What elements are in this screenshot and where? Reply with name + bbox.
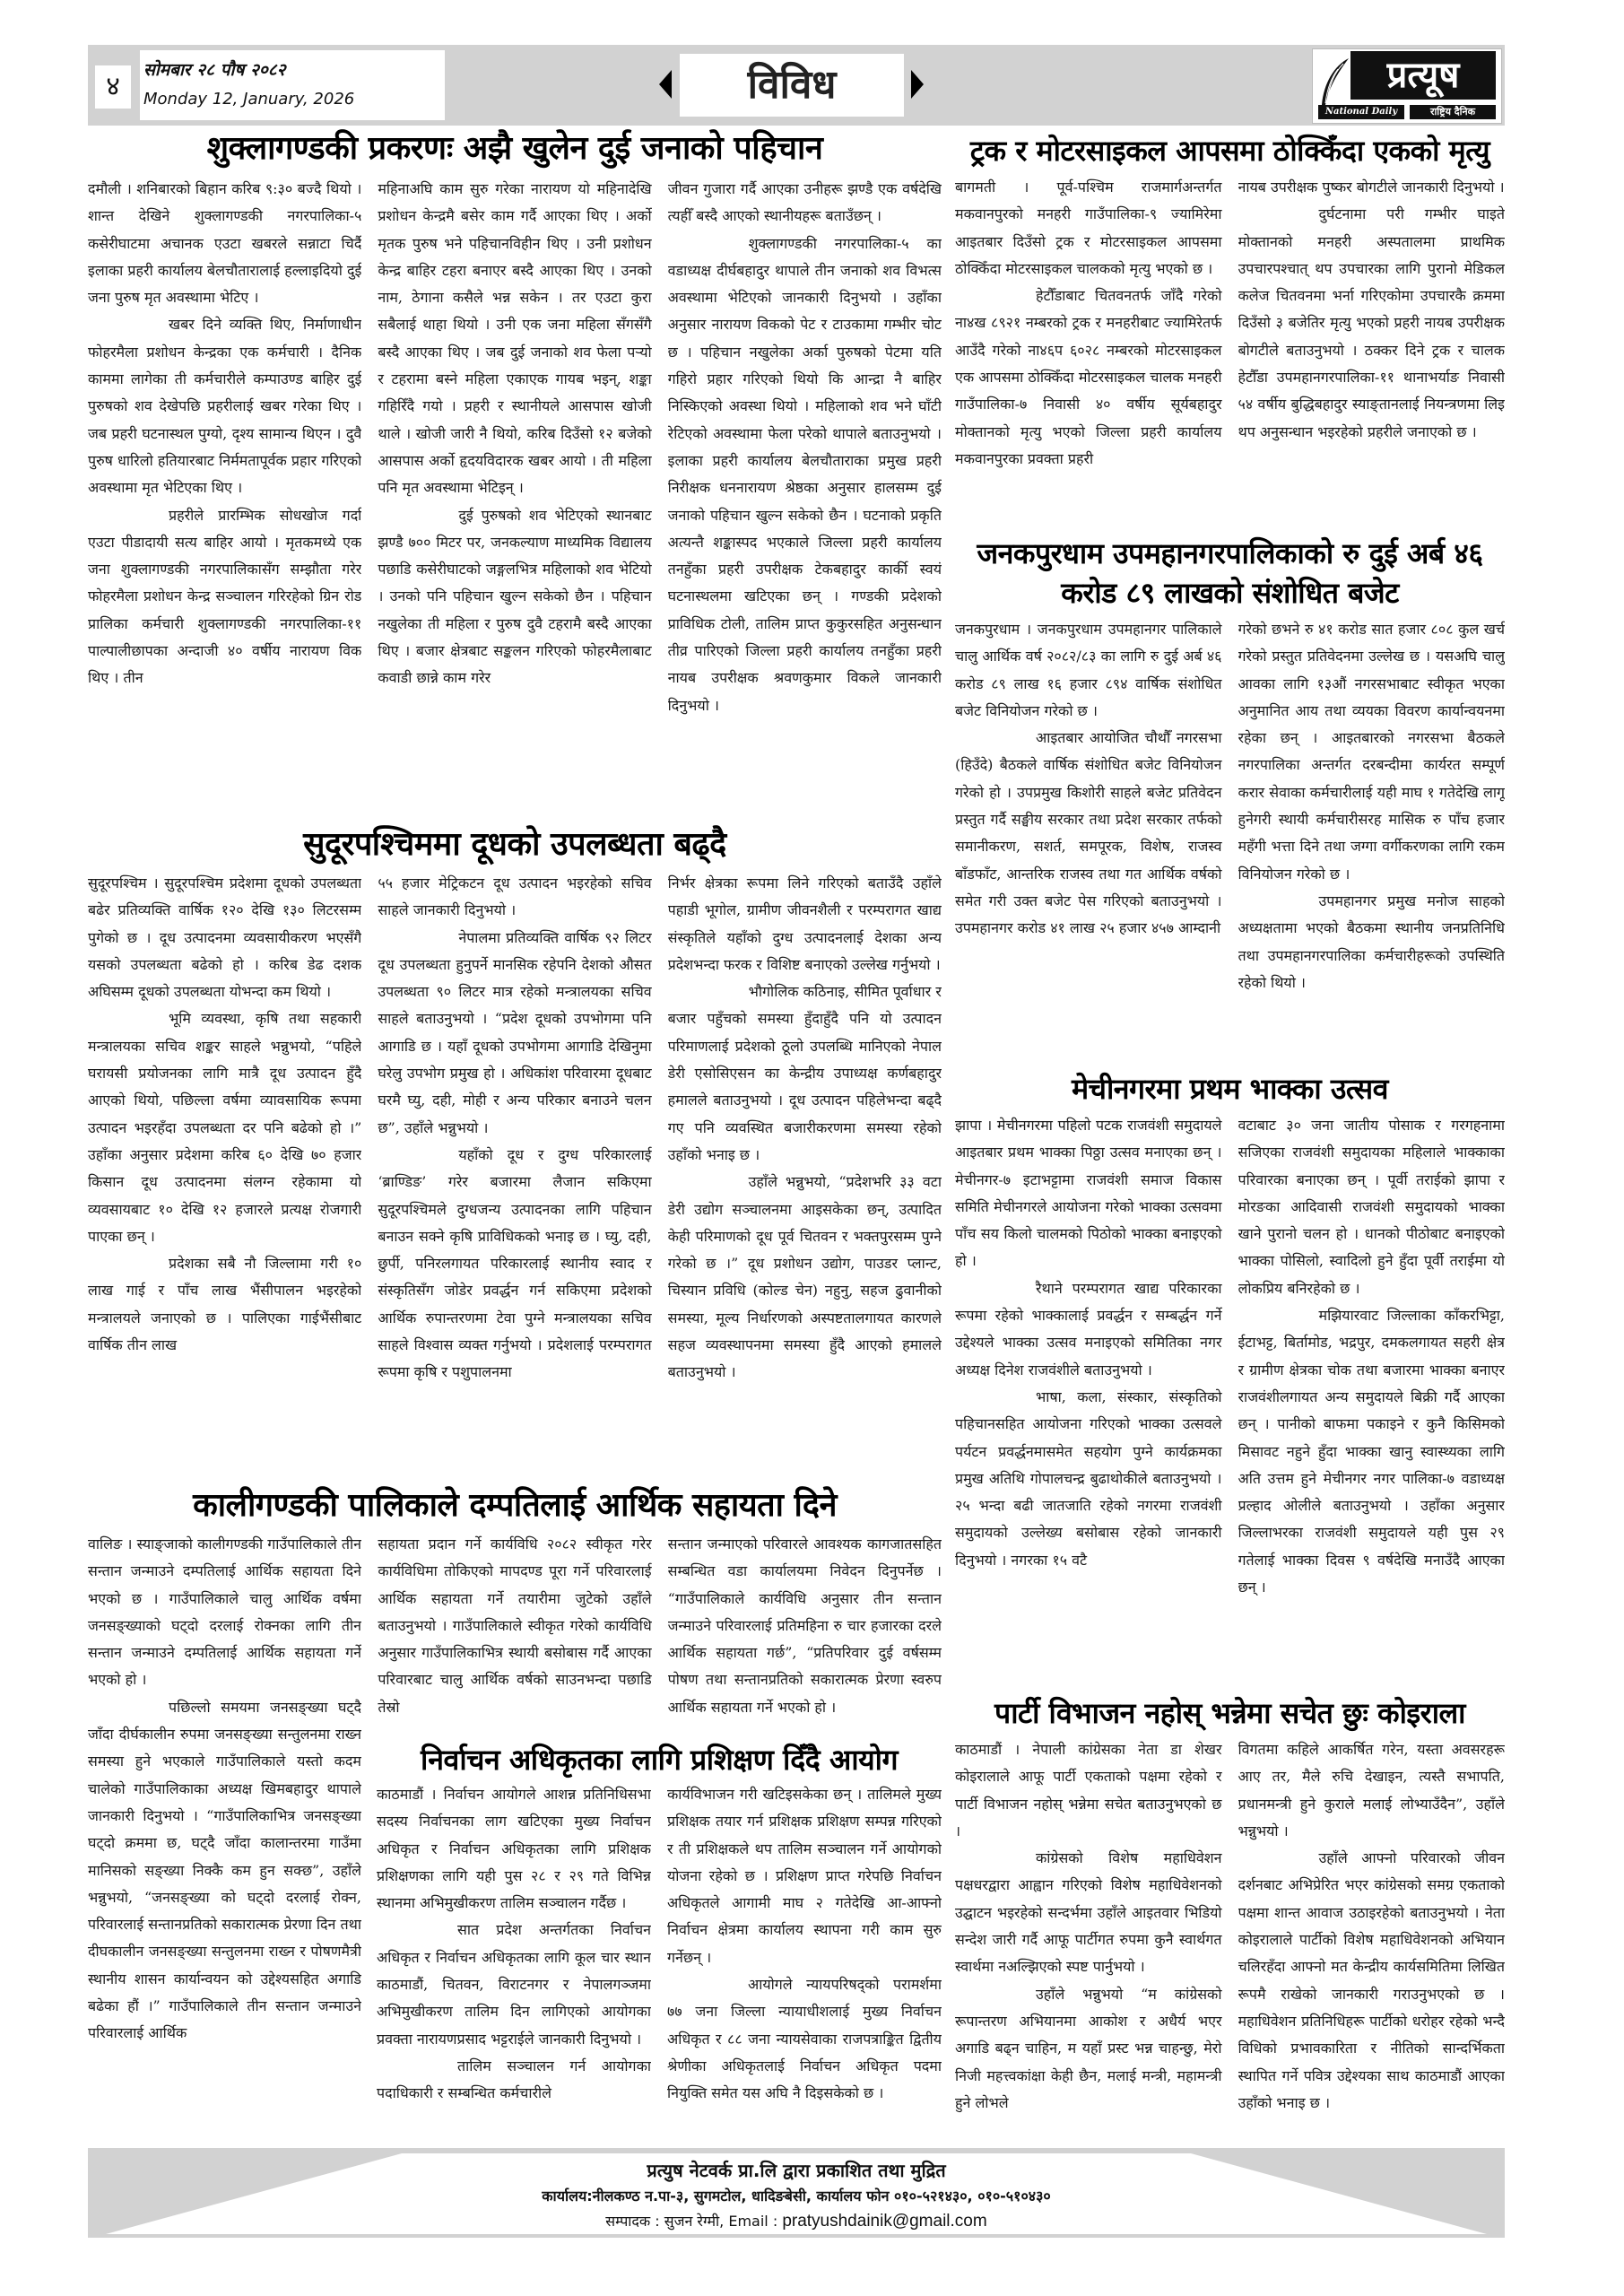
date-english: Monday 12, January, 2026 bbox=[143, 90, 354, 109]
article-election-training: निर्वाचन अधिकृतका लागि प्रशिक्षण दिँदै आ… bbox=[377, 1740, 942, 2148]
paragraph: दमौली । शनिबारको बिहान करिब ९:३० बज्दै थ… bbox=[88, 176, 361, 311]
article-column: झापा । मेचीनगरमा पहिलो पटक राजवंशी समुदा… bbox=[955, 1112, 1222, 1686]
paragraph: प्रहरीले प्रारम्भिक सोधखोज गर्दा एउटा पी… bbox=[88, 502, 361, 692]
logo-tagline-english: National Daily bbox=[1318, 105, 1404, 119]
paragraph: सहायता प्रदान गर्ने कार्यविधि २०८२ स्वीक… bbox=[378, 1531, 651, 1721]
article-column: बागमती । पूर्व-पश्चिम राजमार्गअन्तर्गत म… bbox=[955, 174, 1222, 582]
headline: सुदूरपश्चिममा दूधको उपलब्धता बढ्दै bbox=[88, 823, 942, 866]
paragraph: उपमहानगर प्रमुख मनोज साहको अध्यक्षतामा भ… bbox=[1238, 888, 1506, 996]
paragraph: वटाबाट ३० जना जातीय पोसाक र गरगहनामा सजि… bbox=[1238, 1112, 1506, 1302]
paragraph: महिनाअघि काम सुरु गरेका नारायण यो महिनाद… bbox=[378, 176, 651, 502]
paragraph: उहाँले आफ्नो परिवारको जीवन दर्शनबाट अभिप… bbox=[1238, 1845, 1506, 2117]
headline: निर्वाचन अधिकृतका लागि प्रशिक्षण दिँदै आ… bbox=[377, 1740, 942, 1779]
paragraph: नायब उपरीक्षक पुष्कर बोगटीले जानकारी दिन… bbox=[1238, 174, 1506, 201]
paragraph: ५५ हजार मेट्रिकटन दूध उत्पादन भइरहेको सच… bbox=[378, 870, 651, 925]
footer: प्रत्युष नेटवर्क प्रा.लि द्वारा प्रकाशित… bbox=[88, 2148, 1505, 2238]
article-dairy: सुदूरपश्चिममा दूधको उपलब्धता बढ्दै सुदूर… bbox=[88, 823, 942, 1483]
paragraph: खबर दिने व्यक्ति थिए, निर्माणाधीन फोहरमै… bbox=[88, 311, 361, 501]
paragraph: जीवन गुजारा गर्दै आएका उनीहरू झण्डै एक व… bbox=[668, 176, 942, 230]
article-column: जनकपुरधाम । जनकपुरधाम उपमहानगर पालिकाले … bbox=[955, 616, 1222, 1051]
article-mechinagar: मेचीनगरमा प्रथम भाक्का उत्सव झापा । मेची… bbox=[955, 1069, 1505, 1688]
paragraph: विगतमा कहिले आकर्षित गरेन, यस्ता अवसरहरू… bbox=[1238, 1736, 1506, 1845]
paragraph: नेपालमा प्रतिव्यक्ति वार्षिक ९२ लिटर दूध… bbox=[378, 925, 651, 1142]
paragraph: सन्तान जन्माएको परिवारले आवश्यक कागजातसह… bbox=[668, 1531, 942, 1721]
article-column: वटाबाट ३० जना जातीय पोसाक र गरगहनामा सजि… bbox=[1238, 1112, 1506, 1686]
section-title-box: विविध bbox=[680, 54, 904, 117]
article-janakpur-budget: जनकपुरधाम उपमहानगरपालिकाको रु दुई अर्ब ४… bbox=[955, 534, 1505, 1063]
paragraph: झापा । मेचीनगरमा पहिलो पटक राजवंशी समुदा… bbox=[955, 1112, 1222, 1275]
paragraph: पछिल्लो समयमा जनसङ्ख्या घट्दै जाँदा दीर्… bbox=[88, 1694, 361, 2048]
newspaper-page: ४ सोमबार २८ पौष २०८२ Monday 12, January,… bbox=[88, 45, 1505, 2242]
article-column: काठमाडौं । नेपाली कांग्रेसका नेता डा शेख… bbox=[955, 1736, 1222, 2144]
article-column: जीवन गुजारा गर्दै आएका उनीहरू झण्डै एक व… bbox=[668, 176, 942, 814]
arrow-left-icon bbox=[659, 70, 672, 99]
paragraph: प्रदेशका सबै नौ जिल्लामा गरी १० लाख गाई … bbox=[88, 1250, 361, 1359]
article-column: महिनाअघि काम सुरु गरेका नारायण यो महिनाद… bbox=[378, 176, 651, 814]
article-koirala: पार्टी विभाजन नहोस् भन्नेमा सचेत छुः कोइ… bbox=[955, 1693, 1505, 2148]
paragraph: यहाँको दूध र दुग्ध परिकारलाई ‘ब्राण्डिङ’… bbox=[378, 1142, 651, 1387]
headline-line-2: करोड ८९ लाखको संशोधित बजेट bbox=[955, 573, 1505, 613]
office-address: कार्यालय:नीलकण्ठ न.पा-३, सुगमटोल, धादिङब… bbox=[88, 2184, 1505, 2209]
paragraph: शुक्लागण्डकी नगरपालिका-५ का वडाध्यक्ष दी… bbox=[668, 230, 942, 719]
article-column: दमौली । शनिबारको बिहान करिब ९:३० बज्दै थ… bbox=[88, 176, 361, 814]
logo-tagline-nepali: राष्ट्रिय दैनिक bbox=[1410, 105, 1496, 119]
paragraph: भौगोलिक कठिनाइ, सीमित पूर्वाधार र बजार प… bbox=[668, 978, 942, 1169]
article-column: कार्यविभाजन गरी खटिइसकेका छन् । तालिमले … bbox=[667, 1781, 942, 2144]
paragraph: सात प्रदेश अन्तर्गतका निर्वाचन अधिकृत र … bbox=[377, 1917, 651, 2052]
paragraph: जनकपुरधाम । जनकपुरधाम उपमहानगर पालिकाले … bbox=[955, 616, 1222, 725]
headline: ट्रक र मोटरसाइकल आपसमा ठोक्किँदा एकको मृ… bbox=[955, 131, 1505, 170]
quill-icon bbox=[1316, 57, 1352, 107]
paragraph: हेटौँडाबाट चितवनतर्फ जाँदै गरेको ना४ख ८९… bbox=[955, 283, 1222, 473]
headline: शुक्लागण्डकी प्रकरणः अझै खुलेन दुई जनाको… bbox=[88, 127, 942, 170]
paragraph: काठमाडौं । निर्वाचन आयोगले आशन्न प्रतिनि… bbox=[377, 1781, 651, 1917]
paragraph: कार्यविभाजन गरी खटिइसकेका छन् । तालिमले … bbox=[667, 1781, 942, 1971]
date-box: सोमबार २८ पौष २०८२ Monday 12, January, 2… bbox=[140, 50, 445, 120]
headline: कालीगण्डकी पालिकाले दम्पतिलाई आर्थिक सहा… bbox=[88, 1484, 942, 1527]
publisher-line: प्रत्युष नेटवर्क प्रा.लि द्वारा प्रकाशित… bbox=[88, 2157, 1505, 2184]
paragraph: निर्भर क्षेत्रका रूपमा लिने गरिएको बताउँ… bbox=[668, 870, 942, 978]
article-truck-accident: ट्रक र मोटरसाइकल आपसमा ठोक्किँदा एकको मृ… bbox=[955, 131, 1505, 579]
article-column: वालिङ । स्याङ्जाको कालीगण्डकी गाउँपालिका… bbox=[88, 1531, 361, 2145]
article-column: गरेको छभने रु ४१ करोड सात हजार ८०८ कुल ख… bbox=[1238, 616, 1506, 1051]
paragraph: भाषा, कला, संस्कार, संस्कृतिको पहिचानसहि… bbox=[955, 1384, 1222, 1574]
arrow-right-icon bbox=[911, 70, 924, 99]
paragraph: बागमती । पूर्व-पश्चिम राजमार्गअन्तर्गत म… bbox=[955, 174, 1222, 283]
paragraph: आइतबार आयोजित चौथौँ नगरसभा (हिउँदे) बैठक… bbox=[955, 725, 1222, 942]
paragraph: तालिम सञ्चालन गर्न आयोगका पदाधिकारी र सम… bbox=[377, 2053, 651, 2108]
paragraph: काठमाडौं । नेपाली कांग्रेसका नेता डा शेख… bbox=[955, 1736, 1222, 1845]
editor-line: सम्पादक : सुजन रेग्मी, Email : pratyushd… bbox=[88, 2209, 1505, 2234]
article-shuklagandaki: शुक्लागण्डकी प्रकरणः अझै खुलेन दुई जनाको… bbox=[88, 127, 942, 813]
paragraph: उहाँले भन्नुभयो, “प्रदेशभरि ३३ वटा डेरी … bbox=[668, 1169, 942, 1386]
paragraph: सुदूरपश्चिम । सुदूरपश्चिम प्रदेशमा दूधको… bbox=[88, 870, 361, 1005]
headline-line-1: जनकपुरधाम उपमहानगरपालिकाको रु दुई अर्ब ४… bbox=[955, 534, 1505, 573]
headline: पार्टी विभाजन नहोस् भन्नेमा सचेत छुः कोइ… bbox=[955, 1693, 1505, 1733]
section-title: विविध bbox=[748, 62, 837, 108]
logo-title: प्रत्यूष bbox=[1350, 51, 1496, 100]
article-column: ५५ हजार मेट्रिकटन दूध उत्पादन भइरहेको सच… bbox=[378, 870, 651, 1480]
article-column: निर्भर क्षेत्रका रूपमा लिने गरिएको बताउँ… bbox=[668, 870, 942, 1480]
editor-label: सम्पादक : सुजन रेग्मी, Email : bbox=[605, 2213, 782, 2230]
masthead: ४ सोमबार २८ पौष २०८२ Monday 12, January,… bbox=[88, 45, 1505, 126]
article-column: काठमाडौं । निर्वाचन आयोगले आशन्न प्रतिनि… bbox=[377, 1781, 651, 2144]
date-nepali: सोमबार २८ पौष २०८२ bbox=[143, 57, 286, 81]
newspaper-logo: प्रत्यूष National Daily राष्ट्रिय दैनिक bbox=[1312, 48, 1502, 124]
article-column: नायब उपरीक्षक पुष्कर बोगटीले जानकारी दिन… bbox=[1238, 174, 1506, 582]
paragraph: मझियारवाट जिल्लाका काँकरभिट्टा, ईटाभट्ट,… bbox=[1238, 1302, 1506, 1601]
paragraph: गरेको छभने रु ४१ करोड सात हजार ८०८ कुल ख… bbox=[1238, 616, 1506, 888]
paragraph: कांग्रेसको विशेष महाधिवेशन पक्षधरद्वारा … bbox=[955, 1845, 1222, 1980]
page-number: ४ bbox=[95, 65, 131, 109]
paragraph: रैथाने परम्परागत खाद्य परिकारका रूपमा रह… bbox=[955, 1275, 1222, 1384]
paragraph: दुर्घटनामा परी गम्भीर घाइते मोक्तानको मन… bbox=[1238, 201, 1506, 446]
headline: मेचीनगरमा प्रथम भाक्का उत्सव bbox=[955, 1069, 1505, 1109]
paragraph: आयोगले न्यायपरिषद्को परामर्शमा ७७ जना जि… bbox=[667, 1971, 942, 2107]
article-column: विगतमा कहिले आकर्षित गरेन, यस्ता अवसरहरू… bbox=[1238, 1736, 1506, 2144]
footer-text: प्रत्युष नेटवर्क प्रा.लि द्वारा प्रकाशित… bbox=[88, 2157, 1505, 2234]
paragraph: दुई पुरुषको शव भेटिएको स्थानबाट झण्डै ७०… bbox=[378, 502, 651, 692]
article-column: सुदूरपश्चिम । सुदूरपश्चिम प्रदेशमा दूधको… bbox=[88, 870, 361, 1480]
paragraph: भूमि व्यवस्था, कृषि तथा सहकारी मन्त्रालय… bbox=[88, 1005, 361, 1250]
paragraph: वालिङ । स्याङ्जाको कालीगण्डकी गाउँपालिका… bbox=[88, 1531, 361, 1694]
paragraph: उहाँले भन्नुभयो “म कांग्रेसको रूपान्तरण … bbox=[955, 1981, 1222, 2117]
email-link[interactable]: pratyushdainik@gmail.com bbox=[782, 2212, 986, 2231]
